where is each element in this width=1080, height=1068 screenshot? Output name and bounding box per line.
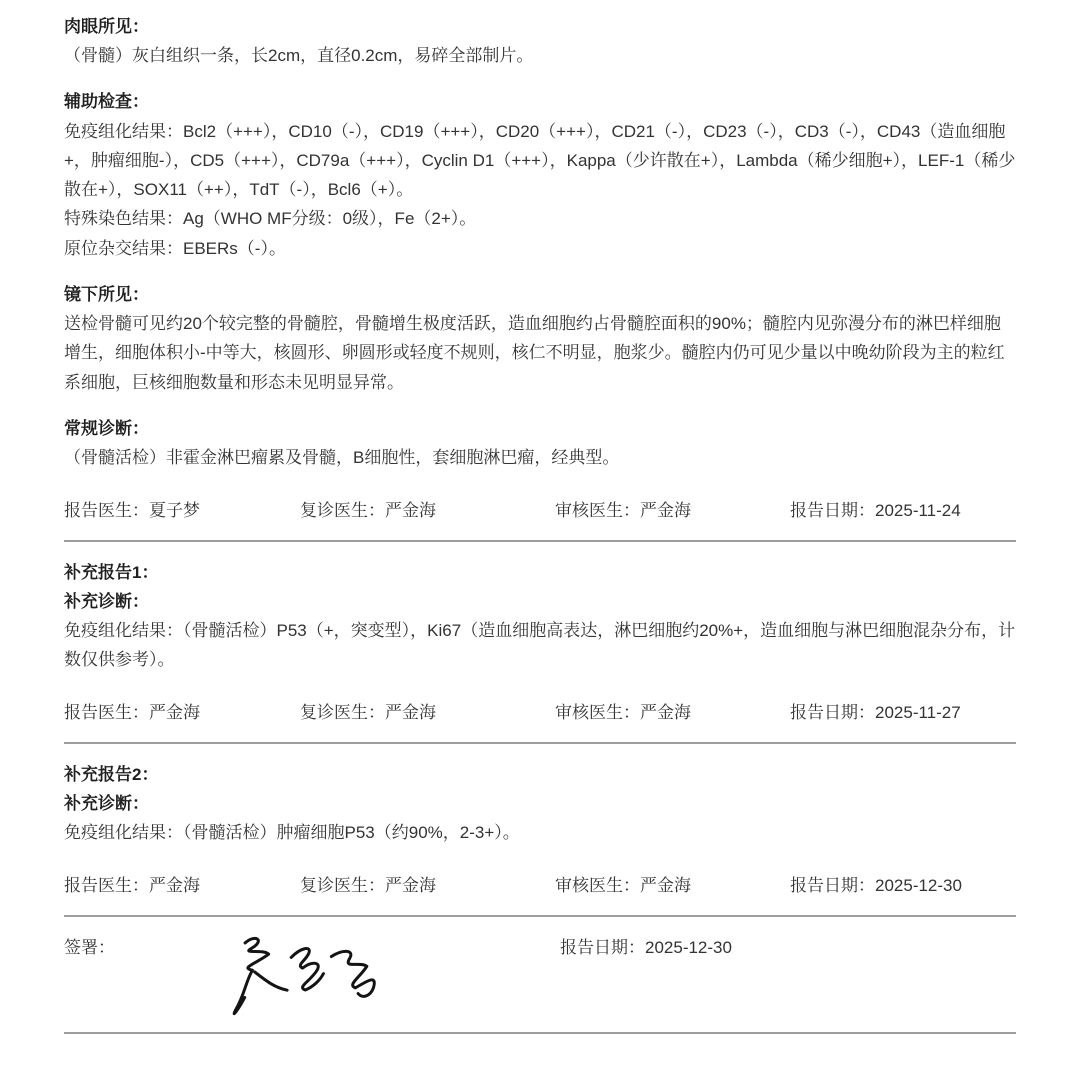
microscopic-findings-heading: 镜下所见： [64,280,1016,309]
handwritten-signature [215,925,560,1026]
report-doctor-field: 报告医生：夏子梦 [64,496,300,525]
section-divider [64,540,1016,542]
audit-doctor-name: 严金海 [640,501,691,520]
signature-scribble-icon [215,925,410,1017]
review-doctor-field: 复诊医生：严金海 [300,496,555,525]
supplementary-report-2-heading: 补充报告2： [64,760,1016,789]
doctor-sign-row: 报告医生：严金海 复诊医生：严金海 审核医生：严金海 报告日期：2025-11-… [64,698,1016,727]
footer-report-date-label: 报告日期： [560,938,645,957]
report-doctor-name: 夏子梦 [149,501,200,520]
routine-diagnosis-heading: 常规诊断： [64,414,1016,443]
report-date-field: 报告日期：2025-11-24 [790,496,1016,525]
supplementary-diagnosis-2-heading: 补充诊断： [64,789,1016,818]
report-date-value: 2025-12-30 [875,876,962,895]
report-doctor-label: 报告医生： [64,501,149,520]
audit-doctor-field: 审核医生：严金海 [555,496,790,525]
audit-doctor-field: 审核医生：严金海 [555,871,790,900]
review-doctor-name: 严金海 [385,501,436,520]
doctor-sign-row: 报告医生：严金海 复诊医生：严金海 审核医生：严金海 报告日期：2025-12-… [64,871,1016,900]
audit-doctor-field: 审核医生：严金海 [555,698,790,727]
review-doctor-label: 复诊医生： [300,703,385,722]
signature-row: 签署： 报告日期：2025-12-30 [64,933,1016,1026]
report-date-value: 2025-11-27 [875,703,961,722]
review-doctor-field: 复诊医生：严金海 [300,871,555,900]
review-doctor-label: 复诊医生： [300,501,385,520]
section-microscopic-findings: 镜下所见： 送检骨髓可见约20个较完整的骨髓腔，骨髓增生极度活跃，造血细胞约占骨… [64,280,1016,397]
audit-doctor-label: 审核医生： [555,876,640,895]
report-doctor-name: 严金海 [149,876,200,895]
supplementary-report-1-heading: 补充报告1： [64,558,1016,587]
audit-doctor-label: 审核医生： [555,703,640,722]
doctor-sign-row: 报告医生：夏子梦 复诊医生：严金海 审核医生：严金海 报告日期：2025-11-… [64,496,1016,525]
section-auxiliary-exam: 辅助检查： 免疫组化结果：Bcl2（+++），CD10（-），CD19（+++）… [64,87,1016,262]
report-date-label: 报告日期： [790,876,875,895]
report-date-field: 报告日期：2025-12-30 [790,871,1016,900]
ihc-results-text: 免疫组化结果：Bcl2（+++），CD10（-），CD19（+++），CD20（… [64,117,1016,205]
report-doctor-field: 报告医生：严金海 [64,871,300,900]
pathology-report-page: 肉眼所见： （骨髓）灰白组织一条，长2cm，直径0.2cm，易碎全部制片。 辅助… [0,0,1080,1068]
gross-findings-heading: 肉眼所见： [64,12,1016,41]
supplementary-diagnosis-1-heading: 补充诊断： [64,587,1016,616]
microscopic-findings-text: 送检骨髓可见约20个较完整的骨髓腔，骨髓增生极度活跃，造血细胞约占骨髓腔面积的9… [64,309,1016,397]
review-doctor-label: 复诊医生： [300,876,385,895]
signoff-label: 签署： [64,933,215,962]
footer-report-date-value: 2025-12-30 [645,938,732,957]
section-divider [64,742,1016,744]
section-divider [64,915,1016,917]
report-date-label: 报告日期： [790,501,875,520]
auxiliary-exam-heading: 辅助检查： [64,87,1016,116]
section-supplementary-report-2: 补充报告2： 补充诊断： 免疫组化结果：（骨髓活检）肿瘤细胞P53（约90%，2… [64,760,1016,848]
report-date-value: 2025-11-24 [875,501,961,520]
review-doctor-name: 严金海 [385,703,436,722]
in-situ-hybridization-text: 原位杂交结果：EBERs（-）。 [64,234,1016,263]
section-gross-findings: 肉眼所见： （骨髓）灰白组织一条，长2cm，直径0.2cm，易碎全部制片。 [64,12,1016,70]
audit-doctor-name: 严金海 [640,876,691,895]
report-date-label: 报告日期： [790,703,875,722]
bottom-divider [64,1032,1016,1034]
report-doctor-field: 报告医生：严金海 [64,698,300,727]
audit-doctor-label: 审核医生： [555,501,640,520]
review-doctor-name: 严金海 [385,876,436,895]
audit-doctor-name: 严金海 [640,703,691,722]
supplementary-report-1-text: 免疫组化结果：（骨髓活检）P53（+，突变型），Ki67（造血细胞高表达，淋巴细… [64,616,1016,674]
report-doctor-label: 报告医生： [64,876,149,895]
review-doctor-field: 复诊医生：严金海 [300,698,555,727]
routine-diagnosis-text: （骨髓活检）非霍金淋巴瘤累及骨髓，B细胞性，套细胞淋巴瘤，经典型。 [64,443,1016,472]
supplementary-report-2-text: 免疫组化结果：（骨髓活检）肿瘤细胞P53（约90%，2-3+）。 [64,818,1016,847]
report-doctor-label: 报告医生： [64,703,149,722]
section-routine-diagnosis: 常规诊断： （骨髓活检）非霍金淋巴瘤累及骨髓，B细胞性，套细胞淋巴瘤，经典型。 [64,414,1016,472]
footer-report-date-field: 报告日期：2025-12-30 [560,933,1016,962]
gross-findings-text: （骨髓）灰白组织一条，长2cm，直径0.2cm，易碎全部制片。 [64,41,1016,70]
special-stain-results-text: 特殊染色结果：Ag（WHO MF分级：0级），Fe（2+）。 [64,204,1016,233]
section-supplementary-report-1: 补充报告1： 补充诊断： 免疫组化结果：（骨髓活检）P53（+，突变型），Ki6… [64,558,1016,675]
report-doctor-name: 严金海 [149,703,200,722]
report-date-field: 报告日期：2025-11-27 [790,698,1016,727]
